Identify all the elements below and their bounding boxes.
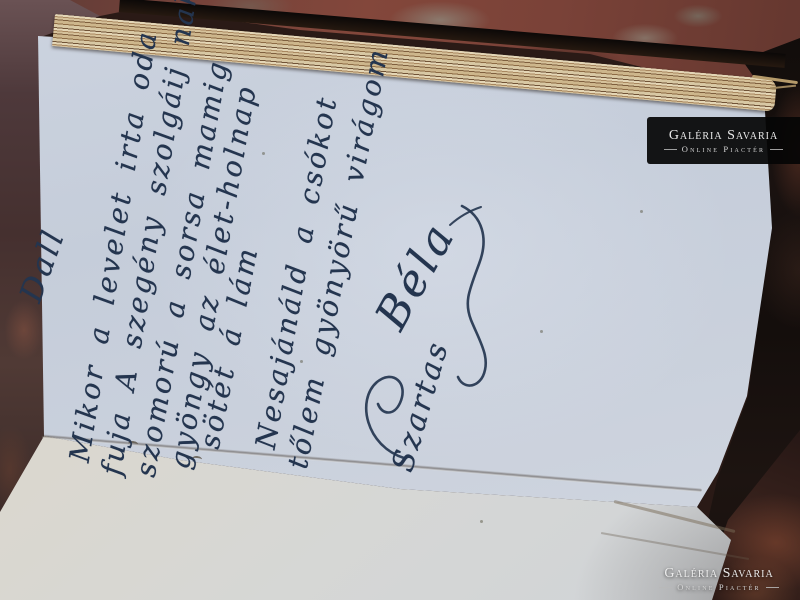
- watermark-dash-left: [664, 149, 677, 150]
- watermark-tagline-row: Online Piactér: [664, 145, 783, 154]
- watermark-badge: Galéria Savaria Online Piactér: [647, 117, 800, 164]
- watermark-tagline: Online Piactér: [677, 583, 760, 592]
- watermark-dash-right: [766, 587, 779, 588]
- watermark-tagline: Online Piactér: [682, 145, 765, 154]
- paper-speck: [640, 210, 643, 213]
- watermark-overlay: Galéria Savaria Online Piactér: [640, 562, 798, 596]
- watermark-dash-right: [770, 149, 783, 150]
- watermark-brand: Galéria Savaria: [669, 128, 778, 143]
- watermark-tagline-row: Online Piactér: [659, 583, 778, 592]
- photo-antique-manuscript: Dall Mikor a levelet irta oda fuja A sze…: [0, 0, 800, 600]
- paper-speck: [480, 520, 483, 523]
- paper-speck: [540, 330, 543, 333]
- watermark-brand: Galéria Savaria: [664, 566, 773, 581]
- paper-speck: [262, 152, 265, 155]
- watermark-dash-left: [659, 587, 672, 588]
